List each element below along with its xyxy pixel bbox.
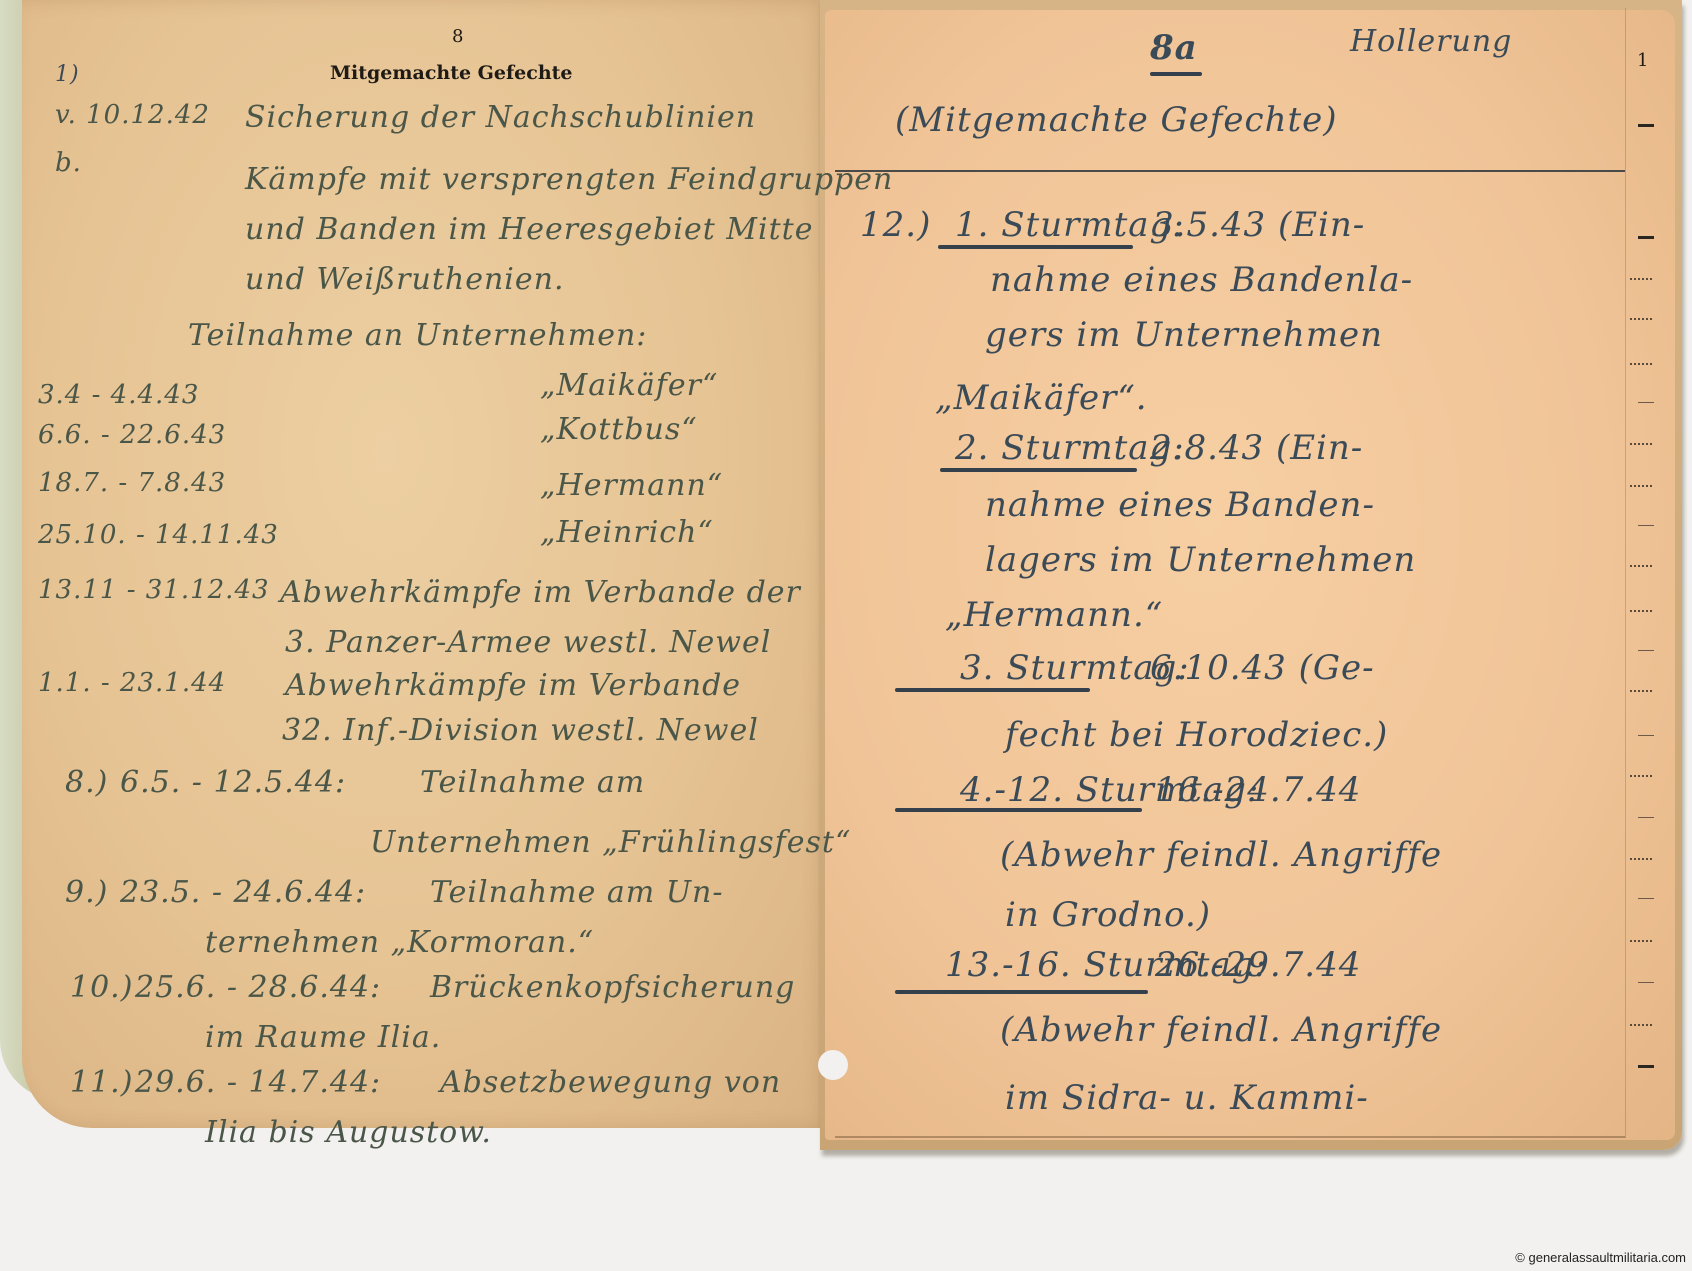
entry-date: 13.11 - 31.12.43 xyxy=(38,575,270,605)
margin-dots xyxy=(1630,775,1652,777)
entry-line: „Maikäfer“. xyxy=(935,378,1148,418)
owner-name: Hollerung xyxy=(1350,24,1512,59)
entry-line: gers im Unternehmen xyxy=(985,315,1383,355)
entry-date: 6.6. - 22.6.43 xyxy=(38,420,226,450)
entry-line: Kämpfe mit versprengten Feindgruppen xyxy=(245,162,893,197)
margin-tick xyxy=(1638,525,1654,526)
entry-line: 32. Inf.-Division westl. Newel xyxy=(282,713,759,748)
entry-line: (Abwehr feindl. Angriffe xyxy=(1000,835,1442,875)
margin-tick xyxy=(1638,817,1654,818)
operation-name: „Hermann“ xyxy=(540,468,723,503)
entry-date: v. 10.12.42 xyxy=(55,100,210,130)
entry-date: 25.10. - 14.11.43 xyxy=(38,520,279,550)
margin-dots xyxy=(1630,363,1652,365)
operation-name: „Kottbus“ xyxy=(540,412,698,447)
entry-line: und Banden im Heeresgebiet Mitte xyxy=(245,212,813,247)
sturmtag-underline xyxy=(940,468,1137,472)
margin-dots xyxy=(1630,858,1652,860)
entry-date: 23.5. - 24.6.44: xyxy=(120,875,366,910)
margin-tick xyxy=(1638,650,1654,651)
sturmtag-title: 1. Sturmtag: xyxy=(955,205,1185,245)
margin-dots xyxy=(1630,1024,1652,1026)
margin-tick xyxy=(1638,982,1654,983)
margin-dots xyxy=(1630,610,1652,612)
printed-page-number: 1 xyxy=(1637,50,1648,71)
entry-marker: 8.) xyxy=(65,765,108,800)
entry-line: Abwehrkämpfe im Verbande der xyxy=(280,575,801,610)
entry-line: nahme eines Banden- xyxy=(985,485,1375,525)
entry-line: Absetzbewegung von xyxy=(440,1065,781,1100)
margin-dots xyxy=(1630,278,1652,280)
entry-marker: 12.) xyxy=(860,205,931,245)
margin-tick xyxy=(1638,124,1654,127)
entry-sub: b. xyxy=(55,148,82,178)
sturmtag-detail: 2.8.43 (Ein- xyxy=(1150,428,1363,468)
margin-dots xyxy=(1630,443,1652,445)
margin-tick xyxy=(1638,1065,1654,1068)
entry-line: Abwehrkämpfe im Verbande xyxy=(285,668,741,703)
margin-tick xyxy=(1638,898,1654,899)
printed-title: Mitgemachte Gefechte xyxy=(330,62,573,84)
entry-line: Teilnahme am Un- xyxy=(430,875,724,910)
sturmtag-detail: 6.10.43 (Ge- xyxy=(1150,648,1375,688)
entry-line: 3. Panzer-Armee westl. Newel xyxy=(285,625,771,660)
entry-marker: 11.) xyxy=(70,1065,133,1100)
entry-date: 18.7. - 7.8.43 xyxy=(38,468,226,498)
entry-line: nahme eines Bandenla- xyxy=(990,260,1413,300)
entry-line: Teilnahme am xyxy=(420,765,645,800)
entry-marker: 10.) xyxy=(70,970,133,1005)
entry-line: fecht bei Horodziec.) xyxy=(1005,715,1388,755)
sturmtag-underline xyxy=(938,245,1133,249)
sturmtag-detail: 3.5.43 (Ein- xyxy=(1152,205,1365,245)
sturmtag-underline xyxy=(895,990,1148,994)
entry-line: Brückenkopfsicherung xyxy=(430,970,795,1005)
page-label: 8a xyxy=(1150,28,1198,68)
margin-dots xyxy=(1630,565,1652,567)
entry-line: Unternehmen „Frühlingsfest“ xyxy=(370,825,851,860)
entry-date: 29.6. - 14.7.44: xyxy=(135,1065,381,1100)
margin-tick xyxy=(1638,236,1654,239)
operation-name: „Heinrich“ xyxy=(540,515,714,550)
right-page-heading: (Mitgemachte Gefechte) xyxy=(895,100,1338,140)
entry-line: im Raume Ilia. xyxy=(205,1020,441,1055)
entry-line: in Grodno.) xyxy=(1005,895,1211,935)
page-number: 8 xyxy=(452,26,463,47)
entry-date: 1.1. - 23.1.44 xyxy=(38,668,226,698)
entry-line: im Sidra- u. Kammi- xyxy=(1005,1078,1369,1118)
margin-dots xyxy=(1630,318,1652,320)
margin-tick xyxy=(1638,402,1654,403)
entry-date: 25.6. - 28.6.44: xyxy=(135,970,381,1005)
heading-rule xyxy=(835,170,1625,172)
margin-dots xyxy=(1630,690,1652,692)
entry-line: (Abwehr feindl. Angriffe xyxy=(1000,1010,1442,1050)
margin-dots xyxy=(1630,485,1652,487)
sturmtag-detail: 26.-29.7.44 xyxy=(1155,945,1361,985)
margin-dots xyxy=(1630,940,1652,942)
entry-marker: 1) xyxy=(55,62,80,87)
margin-tick xyxy=(1638,735,1654,736)
entry-marker: 9.) xyxy=(65,875,108,910)
entry-line: Sicherung der Nachschublinien xyxy=(245,100,756,135)
entry-date: 3.4 - 4.4.43 xyxy=(38,380,199,410)
page-label-underline xyxy=(1150,72,1202,76)
sturmtag-detail: 16.-24.7.44 xyxy=(1155,770,1361,810)
operation-name: „Maikäfer“ xyxy=(540,368,718,403)
entry-date: 6.5. - 12.5.44: xyxy=(120,765,346,800)
copyright-credit: © generalassaultmilitaria.com xyxy=(1515,1250,1686,1265)
page-tear-hole xyxy=(818,1050,848,1080)
entry-line: Ilia bis Augustow. xyxy=(205,1115,492,1150)
entry-line: und Weißruthenien. xyxy=(245,262,564,297)
entry-line: ternehmen „Kormoran.“ xyxy=(205,925,594,960)
sturmtag-underline xyxy=(895,808,1142,812)
entry-line: lagers im Unternehmen xyxy=(985,540,1416,580)
entry-line: „Hermann.“ xyxy=(945,595,1163,635)
section-heading: Teilnahme an Unternehmen: xyxy=(188,318,647,353)
sturmtag-underline xyxy=(895,688,1090,692)
